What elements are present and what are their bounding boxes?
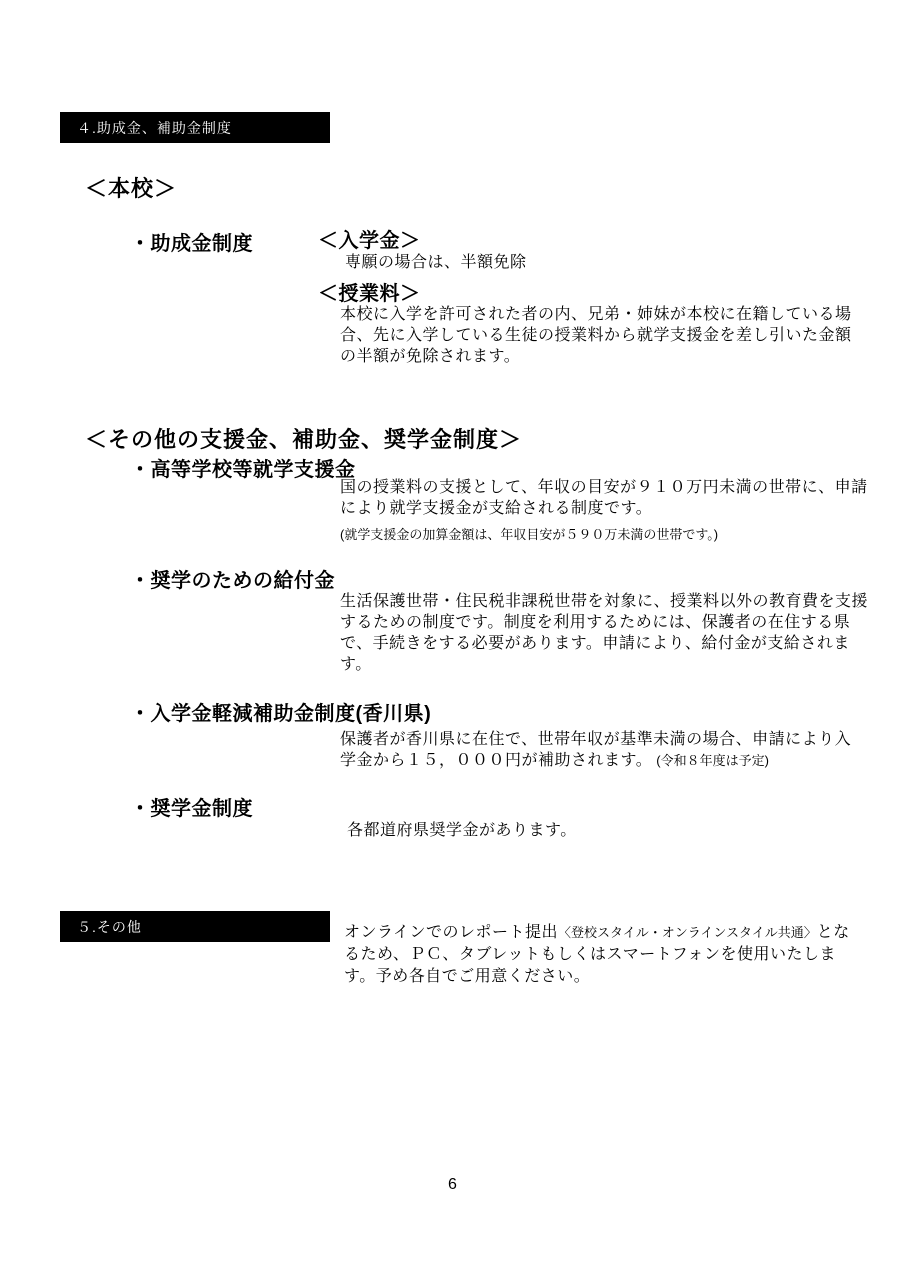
section-5-body: オンラインでのレポート提出〈登校スタイル・オンラインスタイル共通〉とな るため、… (344, 922, 850, 988)
document-page: ４.助成金、補助金制度 ＜本校＞ ・助成金制度 ＜入学金＞ 専願の場合は、半額免… (0, 0, 905, 1280)
main-school-heading: ＜本校＞ (85, 172, 177, 203)
tuition-heading: ＜授業料＞ (318, 277, 421, 306)
support-item-nyugakukin-keigen-body: 保護者が香川県に在住で、世帯年収が基準未満の場合、申請により入 学金から１５，０… (340, 729, 851, 771)
support-item-kyufukin-label: ・奨学のための給付金 (130, 564, 335, 593)
subsidy-system-label: ・助成金制度 (130, 227, 253, 256)
section-5-header-bar: ５.その他 (60, 911, 330, 942)
section-5-header-label: ５.その他 (77, 917, 142, 937)
support-item-nyugakukin-keigen-label: ・入学金軽減補助金制度(香川県) (130, 697, 431, 726)
support-item-shugaku-shienkin-label: ・高等学校等就学支援金 (130, 453, 356, 482)
admission-fee-heading: ＜入学金＞ (318, 224, 421, 253)
section-4-header-label: ４.助成金、補助金制度 (77, 118, 232, 138)
section-5-body-note: 〈登校スタイル・オンラインスタイル共通〉 (558, 925, 817, 940)
support-item-shugaku-shienkin-body: 国の授業料の支援として、年収の目安が９１０万円未満の世帯に、申請 により就学支援… (340, 477, 868, 519)
tuition-body: 本校に入学を許可された者の内、兄弟・姉妹が本校に在籍している場 合、先に入学して… (340, 304, 852, 367)
other-support-heading: ＜その他の支援金、補助金、奨学金制度＞ (85, 423, 522, 454)
support-item-nyugakukin-keigen-note: (令和８年度は予定) (656, 753, 769, 768)
support-item-shugaku-shienkin-note: (就学支援金の加算金額は、年収目安が５９０万未満の世帯です。) (340, 524, 718, 545)
section-4-header-bar: ４.助成金、補助金制度 (60, 112, 330, 143)
admission-fee-body: 専願の場合は、半額免除 (345, 252, 527, 273)
support-item-shogakukin-label: ・奨学金制度 (130, 792, 253, 821)
support-item-nyugakukin-keigen-body-text: 保護者が香川県に在住で、世帯年収が基準未満の場合、申請により入 学金から１５，０… (340, 731, 851, 769)
support-item-kyufukin-body: 生活保護世帯・住民税非課税世帯を対象に、授業料以外の教育費を支援 するための制度… (340, 591, 868, 675)
page-number: 6 (0, 1176, 905, 1194)
support-item-shogakukin-body: 各都道府県奨学金があります。 (347, 820, 577, 841)
section-5-body-prefix: オンラインでのレポート提出 (344, 924, 558, 941)
